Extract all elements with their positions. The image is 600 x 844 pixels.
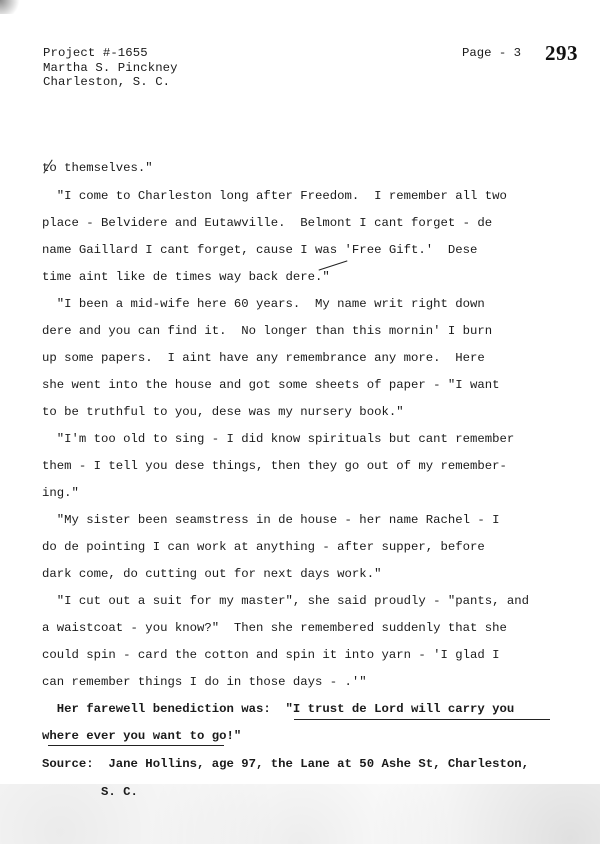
- text-line: do de pointing I can work at anything - …: [42, 539, 485, 555]
- document-page: Project #-1655 Martha S. Pinckney Charle…: [0, 0, 600, 844]
- project-number: Project #-1655: [43, 46, 178, 61]
- text-line: place - Belvidere and Eutawville. Belmon…: [42, 215, 492, 231]
- handwritten-correction-mark: [319, 260, 348, 270]
- scan-artifact: [0, 784, 600, 844]
- text-line: up some papers. I aint have any remembra…: [42, 350, 485, 366]
- page-stamp-number: 293: [545, 41, 578, 66]
- text-line: "I come to Charleston long after Freedom…: [42, 188, 507, 204]
- source-line: Source: Jane Hollins, age 97, the Lane a…: [42, 756, 529, 772]
- text-line: name Gaillard I cant forget, cause I was…: [42, 242, 477, 258]
- text-line: dere and you can find it. No longer than…: [42, 323, 492, 339]
- text-line: them - I tell you dese things, then they…: [42, 458, 507, 474]
- text-line: "My sister been seamstress in de house -…: [42, 512, 500, 528]
- author-name: Martha S. Pinckney: [43, 61, 178, 76]
- text-line-benediction: Her farewell benediction was: "I trust d…: [42, 701, 514, 717]
- text-line-benediction: where ever you want to go!": [42, 728, 241, 744]
- text-line: "I'm too old to sing - I did know spirit…: [42, 431, 514, 447]
- text-line: can remember things I do in those days -…: [42, 674, 367, 690]
- handwritten-underline: [294, 719, 550, 720]
- scan-artifact: [0, 0, 20, 14]
- text-line: to themselves.": [42, 160, 153, 176]
- handwritten-underline: [48, 745, 224, 746]
- text-line: to be truthful to you, dese was my nurse…: [42, 404, 404, 420]
- text-line: could spin - card the cotton and spin it…: [42, 647, 500, 663]
- text-line: "I cut out a suit for my master", she sa…: [42, 593, 529, 609]
- author-location: Charleston, S. C.: [43, 75, 178, 90]
- text-line: "I been a mid-wife here 60 years. My nam…: [42, 296, 485, 312]
- text-line: she went into the house and got some she…: [42, 377, 500, 393]
- document-header: Project #-1655 Martha S. Pinckney Charle…: [43, 46, 178, 90]
- text-line: dark come, do cutting out for next days …: [42, 566, 381, 582]
- page-label: Page - 3: [462, 46, 521, 60]
- text-line: ing.": [42, 485, 79, 501]
- text-line: a waistcoat - you know?" Then she rememb…: [42, 620, 507, 636]
- text-line: time aint like de times way back dere.": [42, 269, 330, 285]
